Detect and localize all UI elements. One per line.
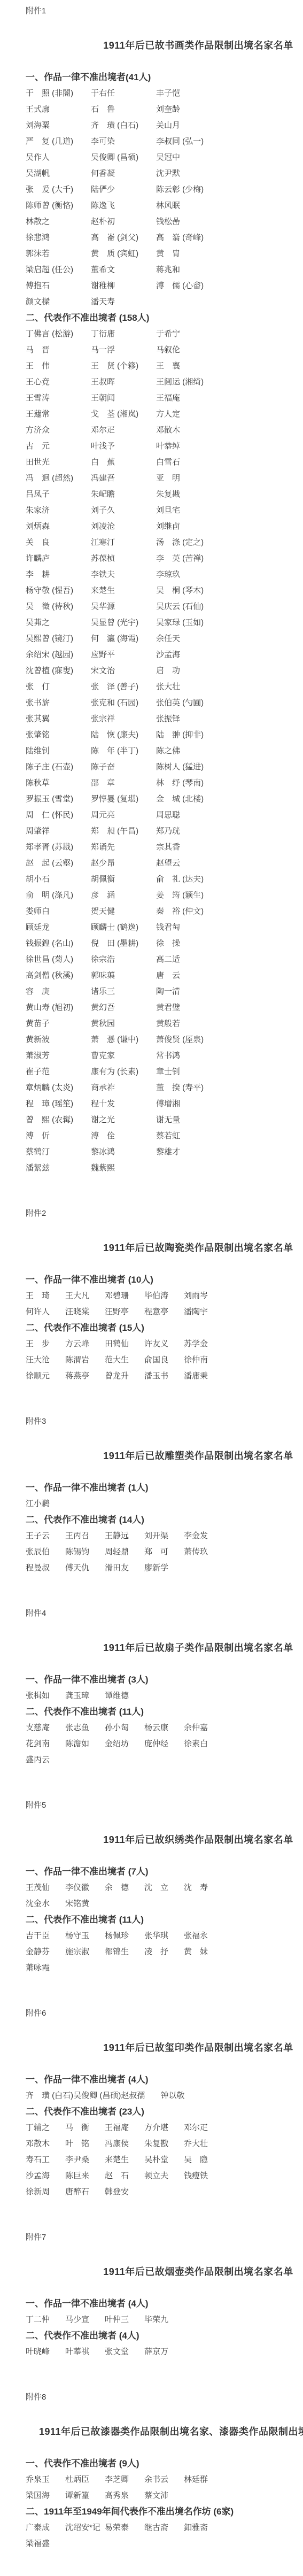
artist-name: 丁佛言 (松游) xyxy=(26,326,91,342)
section-heading: 二、1911年至1949年间代表作不准出境名作坊 (6家) xyxy=(26,2504,303,2520)
artist-name: 薛京万 xyxy=(144,2344,184,2360)
name-row: 崔子范康有为 (长素)章士钊 xyxy=(26,1064,303,1080)
artist-name: 王静远 xyxy=(105,1528,144,1544)
artist-name: 王心竟 xyxy=(26,374,91,390)
artist-name: 张志鱼 xyxy=(65,1720,105,1736)
artist-name: 邓碧珊 xyxy=(105,1288,144,1304)
attachment-label: 附件2 xyxy=(26,1206,303,1222)
attachment-title: 1911年后已故扇子类作品限制出境名家名单 xyxy=(0,1640,303,1656)
artist-name: 易荣泰 xyxy=(105,2520,144,2536)
artist-name: 徐世昌 (菊人) xyxy=(26,952,91,968)
artist-name: 马一浮 xyxy=(91,342,156,358)
artist-name: 关山月 xyxy=(156,118,221,134)
name-row: 叶晓峰叶菶祺张文堂薛京万 xyxy=(26,2344,303,2360)
artist-name: 盛丙云 xyxy=(26,1752,65,1768)
artist-name: 黄君璧 xyxy=(156,1000,221,1016)
artist-name: 潘陶宇 xyxy=(184,1304,223,1320)
artist-name: 杨守玉 xyxy=(65,1928,105,1944)
name-row: 王 伟王 贤 (个簃)王 襄 xyxy=(26,358,303,374)
attachment-label: 附件7 xyxy=(26,2230,303,2246)
artist-name: 王蘧常 xyxy=(26,406,91,422)
artist-name: 溥 佺 xyxy=(91,1128,156,1144)
name-row: 王式廓石 鲁刘奎龄 xyxy=(26,102,303,118)
artist-name: 邓散木 xyxy=(26,2136,65,2152)
attachment-title: 1911年后已故玺印类作品限制出境名家名单 xyxy=(0,2040,303,2056)
name-row: 陆维钊陈 年 (半丁)陈之佛 xyxy=(26,743,303,759)
artist-name: 刘雨岑 xyxy=(184,1288,223,1304)
artist-name: 陆俨少 xyxy=(91,182,156,198)
artist-name: 萧淑芳 xyxy=(26,1048,91,1064)
artist-name: 吴冠中 xyxy=(156,150,221,166)
name-row: 溥 伒溥 佺蔡若虹 xyxy=(26,1128,303,1144)
artist-name: 何香凝 xyxy=(91,166,156,182)
artist-name: 吴庆云 (石仙) xyxy=(156,599,221,615)
name-row: 张肇铭陆 恢 (廉夫)陆 翀 (抑非) xyxy=(26,727,303,743)
name-row: 王心竟王叔晖王闿运 (湘绮) xyxy=(26,374,303,390)
artist-name: 黄苗子 xyxy=(26,1016,91,1032)
artist-name: 许麟庐 xyxy=(26,551,91,567)
artist-name: 张克和 (石园) xyxy=(91,695,156,711)
artist-name: 刘开渠 xyxy=(144,1528,184,1544)
artist-name: 庞仲经 xyxy=(144,1736,184,1752)
artist-name: 潘玉书 xyxy=(144,1368,184,1384)
artist-name: 梁国海 xyxy=(26,2488,65,2504)
attachment-8: 附件81911年后已故漆器类作品限制出境名家、漆器类作品限制出境名作坊名单一、代… xyxy=(0,2389,303,2552)
name-row: 丁佛言 (松游)丁衍庸于希宁 xyxy=(26,326,303,342)
artist-name: 陈 年 (半丁) xyxy=(91,743,156,759)
name-row: 沈曾植 (寐叟)宋文治启 功 xyxy=(26,663,303,679)
section-heading: 二、代表作不准出境者 (11人) xyxy=(26,1912,303,1928)
name-row: 广泰成沈绍安*记易荣泰继古斋釦雅斋 xyxy=(26,2520,303,2536)
artist-name: 齐 璜 (白石) xyxy=(26,2088,73,2104)
artist-name: 朱家济 xyxy=(26,503,91,519)
artist-name: 张福永 xyxy=(184,1928,223,1944)
artist-name: 叶浅予 xyxy=(91,438,156,454)
artist-name: 吴俊卿 (昌硕) xyxy=(91,150,156,166)
artist-name: 赵望云 xyxy=(156,855,221,871)
name-row: 刘炳森刘凌沧刘继卣 xyxy=(26,519,303,535)
artist-name: 王子云 xyxy=(26,1528,65,1544)
name-row: 张 仃张 泽 (善子)张大壮 xyxy=(26,679,303,695)
artist-name: 汪大沧 xyxy=(26,1352,65,1368)
artist-name: 郭味蕖 xyxy=(91,968,156,984)
artist-name: 俞国良 xyxy=(144,1352,184,1368)
artist-name: 宋文治 xyxy=(91,663,156,679)
name-row: 江小鹣 xyxy=(26,1496,303,1512)
artist-name: 陈子奋 xyxy=(91,759,156,775)
artist-name: 沙孟海 xyxy=(156,647,221,663)
artist-name: 丰子恺 xyxy=(156,86,221,102)
name-row: 潘絜兹魏紫熙 xyxy=(26,1160,303,1176)
artist-name: 刘奎龄 xyxy=(156,102,221,118)
name-row: 周 仁 (怀民)周元亮周思聪 xyxy=(26,807,303,823)
artist-name: 程曼叔 xyxy=(26,1560,65,1576)
artist-name: 钱瘦铁 xyxy=(184,2168,223,2184)
artist-name: 周元亮 xyxy=(91,807,156,823)
artist-name: 邵 章 xyxy=(91,775,156,791)
name-row: 钱振鍠 (名山)倪 田 (墨耕)徐 操 xyxy=(26,936,303,952)
artist-name: 傅天仇 xyxy=(65,1560,105,1576)
artist-name: 董 揆 (寿平) xyxy=(156,1080,221,1096)
artist-name: 章炳麟 (太炎) xyxy=(26,1080,91,1096)
artist-name: 溥 伒 xyxy=(26,1128,91,1144)
name-row: 王 步方云峰田鹤仙许友义苏学金 xyxy=(26,1336,303,1352)
artist-name: 陆 恢 (廉夫) xyxy=(91,727,156,743)
artist-name: 江寒汀 xyxy=(91,535,156,551)
artist-name: 方云峰 xyxy=(65,1336,105,1352)
artist-name: 孙小匋 xyxy=(105,1720,144,1736)
artist-name: 王 贤 (个簃) xyxy=(91,358,156,374)
attachment-title: 1911年后已故织绣类作品限制出境名家名单 xyxy=(0,1832,303,1848)
artist-name: 潘庸秉 xyxy=(184,1368,223,1384)
artist-name: 吴朴堂 xyxy=(144,2152,184,2168)
artist-name: 余绍宋 (越园) xyxy=(26,647,91,663)
section-heading: 二、代表作不准出境者 (14人) xyxy=(26,1512,303,1528)
artist-name: 寿石工 xyxy=(26,2152,65,2168)
artist-name: 黄 质 (宾虹) xyxy=(91,246,156,262)
name-row: 李 耕李铁夫李琼玖 xyxy=(26,567,303,583)
artist-name: 花剑南 xyxy=(26,1736,65,1752)
name-row: 黄苗子黄秋园黄般若 xyxy=(26,1016,303,1032)
attachment-2: 附件21911年后已故陶瓷类作品限制出境名家名单一、作品一律不准出境者 (10人… xyxy=(0,1206,303,1384)
artist-name: 林廷群 xyxy=(184,2472,223,2488)
artist-name: 林散之 xyxy=(26,214,91,230)
artist-name: 王福庵 xyxy=(105,2120,144,2136)
artist-name: 吴 徵 (待秋) xyxy=(26,599,91,615)
name-row: 郑孝胥 (苏戡)郑诵先宗其香 xyxy=(26,839,303,855)
artist-name: 汪晓棠 xyxy=(65,1304,105,1320)
artist-name: 吴湖帆 xyxy=(26,166,91,182)
artist-name: 张楫如 xyxy=(26,1688,65,1704)
attachment-7: 附件71911年后已故烟壶类作品限制出境名家名单一、作品一律不准出境者 (4人)… xyxy=(0,2230,303,2360)
artist-name: 王茂仙 xyxy=(26,1880,65,1896)
artist-name: 沈 寿 xyxy=(184,1880,223,1896)
artist-name: 郑 可 xyxy=(144,1544,184,1560)
artist-name: 苏葆桢 xyxy=(91,551,156,567)
artist-name: 何许人 xyxy=(26,1304,65,1320)
artist-name: 王雪涛 xyxy=(26,390,91,406)
attachment-label: 附件5 xyxy=(26,1798,303,1814)
attachment-5: 附件51911年后已故织绣类作品限制出境名家名单一、作品一律不准出境者 (7人)… xyxy=(0,1798,303,1976)
artist-name: 汪野亭 xyxy=(105,1304,144,1320)
artist-name: 古 元 xyxy=(26,438,91,454)
attachment-6: 附件61911年后已故玺印类作品限制出境名家名单一、作品一律不准出境者 (4人)… xyxy=(0,2006,303,2200)
artist-name: 来楚生 xyxy=(91,583,156,599)
artist-name: 应野平 xyxy=(91,647,156,663)
artist-name: 白 蕉 xyxy=(91,454,156,471)
artist-name: 支慈庵 xyxy=(26,1720,65,1736)
artist-name: 吕凤子 xyxy=(26,487,91,503)
artist-name: 刘海粟 xyxy=(26,118,91,134)
name-row: 支慈庵张志鱼孙小匋杨云康余仲嘉 xyxy=(26,1720,303,1736)
name-row: 赵 起 (云壑)赵少昂赵望云 xyxy=(26,855,303,871)
name-row: 乔泉玉杜炳臣李芝卿余书云林廷群 xyxy=(26,2472,303,2488)
artist-name: 张辰伯 xyxy=(26,1544,65,1560)
artist-name: 丁衍庸 xyxy=(91,326,156,342)
artist-name: 吉干臣 xyxy=(26,1928,65,1944)
name-row: 丁辅之马 衡王福庵方介堪邓尔疋 xyxy=(26,2120,303,2136)
artist-name: 赵朴初 xyxy=(91,214,156,230)
artist-name: 戈 荃 (湘岚) xyxy=(91,406,156,422)
name-row: 邓散木叶 铭冯康侯朱复戡乔大壮 xyxy=(26,2136,303,2152)
artist-name: 叶仲三 xyxy=(105,2312,144,2328)
name-row: 张楫如龚玉璋谭维德 xyxy=(26,1688,303,1704)
artist-name: 程十发 xyxy=(91,1096,156,1112)
artist-name: 余任天 xyxy=(156,631,221,647)
name-row: 吴湖帆何香凝沈尹默 xyxy=(26,166,303,182)
artist-name: 田世光 xyxy=(26,454,91,471)
name-row: 丁二仲马少宣叶仲三毕荣九 xyxy=(26,2312,303,2328)
attachment-title: 1911年后已故陶瓷类作品限制出境名家名单 xyxy=(0,1240,303,1256)
artist-name: 郑乃珖 xyxy=(156,823,221,839)
artist-name: 曹克家 xyxy=(91,1048,156,1064)
name-row: 徐悲鸿高 崙 (剑父)高 嵡 (奇峰) xyxy=(26,230,303,246)
name-row: 严 复 (几道)李可染李叔同 (弘一) xyxy=(26,134,303,150)
document-page: 附件11911年后已故书画类作品限制出境名家名单一、作品一律不准出境者(41人)… xyxy=(0,0,303,2576)
name-row: 许麟庐苏葆桢李 英 (苦禅) xyxy=(26,551,303,567)
name-row: 林散之赵朴初钱松嵒 xyxy=(26,214,303,230)
artist-name: 唐 云 xyxy=(156,968,221,984)
artist-name: 李仪徽 xyxy=(65,1880,105,1896)
artist-name: 容 庚 xyxy=(26,984,91,1000)
artist-name: 沙孟海 xyxy=(26,2168,65,2184)
artist-name: 蔡鹤汀 xyxy=(26,1144,91,1160)
name-row: 马 晋马一浮马叙伦 xyxy=(26,342,303,358)
artist-name: 高二适 xyxy=(156,952,221,968)
artist-name: 俞 明 (涤凡) xyxy=(26,888,91,904)
artist-name: 于 照 (非闇) xyxy=(26,86,91,102)
name-row: 黄山寿 (旭初)黄幻吾黄君璧 xyxy=(26,1000,303,1016)
name-row: 王蘧常戈 荃 (湘岚)方人定 xyxy=(26,406,303,422)
artist-name: 方介堪 xyxy=(144,2120,184,2136)
artist-name: 金 城 (北楼) xyxy=(156,791,221,807)
artist-name: 钟以敬 xyxy=(160,2088,200,2104)
artist-name: 顿立夫 xyxy=(144,2168,184,2184)
section-heading: 一、代表作不准出境者 (9人) xyxy=(26,2456,303,2472)
artist-name: 邓尔疋 xyxy=(91,422,156,438)
artist-name: 吴华源 xyxy=(91,599,156,615)
artist-name: 俞 礼 (达夫) xyxy=(156,871,221,888)
artist-name: 张 爰 (大千) xyxy=(26,182,91,198)
name-row: 花剑南陈澹如金绍坊庞仲经徐素白 xyxy=(26,1736,303,1752)
artist-name: 李叔同 (弘一) xyxy=(156,134,221,150)
artist-name: 周肇祥 xyxy=(26,823,91,839)
attachment-1: 附件11911年后已故书画类作品限制出境名家名单一、作品一律不准出境者(41人)… xyxy=(0,3,303,1176)
artist-name: 陈逸飞 xyxy=(91,198,156,214)
artist-name: 诸乐三 xyxy=(91,984,156,1000)
artist-name: 程意亭 xyxy=(144,1304,184,1320)
name-row: 吴作人吴俊卿 (昌硕)吴冠中 xyxy=(26,150,303,166)
artist-name: 曾龙升 xyxy=(105,1368,144,1384)
name-row: 王子云王丙召王静远刘开渠李金发 xyxy=(26,1528,303,1544)
artist-name: 许友义 xyxy=(144,1336,184,1352)
artist-name: 王 步 xyxy=(26,1336,65,1352)
artist-name: 张振铎 xyxy=(156,711,221,727)
artist-name: 吴作人 xyxy=(26,150,91,166)
artist-name: 周思聪 xyxy=(156,807,221,823)
artist-name: 胡佩衡 xyxy=(91,871,156,888)
artist-name: 郑孝胥 (苏戡) xyxy=(26,839,91,855)
name-row: 梁启超 (任公)董希文蒋兆和 xyxy=(26,262,303,278)
name-row: 王 琦王大凡邓碧珊毕伯涛刘雨岑 xyxy=(26,1288,303,1304)
artist-name: 黄幻吾 xyxy=(91,1000,156,1016)
artist-name: 余 德 xyxy=(105,1880,144,1896)
artist-name: 石 鲁 xyxy=(91,102,156,118)
artist-name: 张书旂 xyxy=(26,695,91,711)
name-row: 方济众邓尔疋邓散木 xyxy=(26,422,303,438)
artist-name: 冯 迥 (超然) xyxy=(26,471,91,487)
name-row: 陈秋草邵 章林 纾 (琴南) xyxy=(26,775,303,791)
name-row: 吴熙曾 (镜汀)何 瀛 (海霞)余任天 xyxy=(26,631,303,647)
artist-name: 陆维钊 xyxy=(26,743,91,759)
artist-name: 亚 明 xyxy=(156,471,221,487)
artist-name: 秦 裕 (仲文) xyxy=(156,904,221,920)
artist-name: 董希文 xyxy=(91,262,156,278)
name-row: 盛丙云 xyxy=(26,1752,303,1768)
artist-name: 郑诵先 xyxy=(91,839,156,855)
section-heading: 二、代表作不准出境者 (23人) xyxy=(26,2104,303,2120)
artist-name: 何 瀛 (海霞) xyxy=(91,631,156,647)
artist-name: 吴茀之 xyxy=(26,615,91,631)
attachment-title: 1911年后已故雕塑类作品限制出境名家名单 xyxy=(0,1448,303,1464)
artist-name: 吴显曾 (光宇) xyxy=(91,615,156,631)
artist-name: 高 崙 (剑父) xyxy=(91,230,156,246)
name-row: 古 元叶浅予叶恭绰 xyxy=(26,438,303,454)
artist-name: 韩登安 xyxy=(105,2184,144,2200)
artist-name: 范大生 xyxy=(105,1352,144,1368)
artist-name: 廖新学 xyxy=(144,1560,184,1576)
artist-name: 蔡若虹 xyxy=(156,1128,221,1144)
name-row: 蔡鹤汀黎冰鸿黎雄才 xyxy=(26,1144,303,1160)
artist-name: 萧咏霞 xyxy=(26,1960,65,1976)
name-row: 沈金水宋铭黄 xyxy=(26,1896,303,1912)
artist-name: 沈 立 xyxy=(144,1880,184,1896)
attachment-label: 附件3 xyxy=(26,1414,303,1430)
name-row: 齐 璜 (白石)吴俊卿 (昌硕)赵叔孺钟以敬 xyxy=(26,2088,303,2104)
artist-name: 丁辅之 xyxy=(26,2120,65,2136)
artist-name: 杨守敬 (惺吾) xyxy=(26,583,91,599)
artist-name: 崔子范 xyxy=(26,1064,91,1080)
artist-name: 赵少昂 xyxy=(91,855,156,871)
name-row: 胡小石胡佩衡俞 礼 (达夫) xyxy=(26,871,303,888)
artist-name: 陈秋草 xyxy=(26,775,91,791)
name-row: 徐世昌 (菊人)徐宗浩高二适 xyxy=(26,952,303,968)
artist-name: 黄般若 xyxy=(156,1016,221,1032)
name-row: 顾廷龙顾麟士 (鹤逸)钱君匋 xyxy=(26,920,303,936)
artist-name: 梁福盛 xyxy=(26,2536,65,2552)
artist-name: 李芝卿 xyxy=(105,2472,144,2488)
name-row: 吉干臣杨守玉杨佩珍张华琪张福永 xyxy=(26,1928,303,1944)
artist-name: 谭维德 xyxy=(105,1688,144,1704)
name-row: 于 照 (非闇)于右任丰子恺 xyxy=(26,86,303,102)
artist-name: 周轻鼎 xyxy=(105,1544,144,1560)
attachment-title: 1911年后已故漆器类作品限制出境名家、漆器类作品限制出境名作坊名单 xyxy=(0,2424,303,2440)
artist-name: 王闿运 (湘绮) xyxy=(156,374,221,390)
attachment-label: 附件4 xyxy=(26,1606,303,1622)
name-row: 余绍宋 (越园)应野平沙孟海 xyxy=(26,647,303,663)
artist-name: 陈之佛 xyxy=(156,743,221,759)
artist-name: 李 英 (苦禅) xyxy=(156,551,221,567)
artist-name: 沈曾植 (寐叟) xyxy=(26,663,91,679)
artist-name: 李可染 xyxy=(91,134,156,150)
artist-name: 宗其香 xyxy=(156,839,221,855)
artist-name: 宋铭黄 xyxy=(65,1896,105,1912)
name-row: 黄新波萧 愻 (谦中)萧俊贤 (厔泉) xyxy=(26,1032,303,1048)
artist-name: 马少宣 xyxy=(65,2312,105,2328)
artist-name: 马 晋 xyxy=(26,342,91,358)
artist-name: 陆 翀 (抑非) xyxy=(156,727,221,743)
artist-name: 田鹤仙 xyxy=(105,1336,144,1352)
name-row: 高剑僧 (秋溪)郭味蕖唐 云 xyxy=(26,968,303,984)
name-row: 陈师曾 (衡恪)陈逸飞林风眠 xyxy=(26,198,303,214)
name-row: 梁福盛 xyxy=(26,2536,303,2552)
artist-name: 章士钊 xyxy=(156,1064,221,1080)
artist-name: 王福庵 xyxy=(156,390,221,406)
artist-name: 康有为 (长素) xyxy=(91,1064,156,1080)
artist-name: 黄 妹 xyxy=(184,1944,223,1960)
artist-name: 刘子久 xyxy=(91,503,156,519)
artist-name: 曾 熙 (农髯) xyxy=(26,1112,91,1128)
artist-name: 余仲嘉 xyxy=(184,1720,223,1736)
artist-name: 杜炳臣 xyxy=(65,2472,105,2488)
artist-name: 钱振鍠 (名山) xyxy=(26,936,91,952)
artist-name: 朱屺瞻 xyxy=(91,487,156,503)
artist-name: 李 耕 xyxy=(26,567,91,583)
artist-name: 钱松嵒 xyxy=(156,214,221,230)
artist-name: 李铁夫 xyxy=(91,567,156,583)
artist-name: 黄山寿 (旭初) xyxy=(26,1000,91,1016)
name-row: 曾 熙 (农髯)谢之光谢无量 xyxy=(26,1112,303,1128)
artist-name: 陈锡钧 xyxy=(65,1544,105,1560)
name-row: 张书旂张克和 (石园)张伯英 (勺圃) xyxy=(26,695,303,711)
name-row: 周肇祥郑 昶 (午昌)郑乃珖 xyxy=(26,823,303,839)
artist-name: 广泰成 xyxy=(26,2520,65,2536)
artist-name: 潘天寿 xyxy=(91,294,156,310)
artist-name: 谭新篁 xyxy=(65,2488,105,2504)
artist-name: 蒋兆和 xyxy=(156,262,221,278)
artist-name: 王 琦 xyxy=(26,1288,65,1304)
artist-name: 王大凡 xyxy=(65,1288,105,1304)
artist-name: 程 璋 (瑶笙) xyxy=(26,1096,91,1112)
artist-name: 潘絜兹 xyxy=(26,1160,91,1176)
artist-name: 徐 操 xyxy=(156,936,221,952)
artist-name: 陈树人 (猛进) xyxy=(156,759,221,775)
section-heading: 一、作品一律不准出境者 (4人) xyxy=(26,2296,303,2312)
artist-name: 王 襄 xyxy=(156,358,221,374)
artist-name: 马叙伦 xyxy=(156,342,221,358)
section-heading: 一、作品一律不准出境者 (3人) xyxy=(26,1672,303,1688)
artist-name: 吴 隐 xyxy=(184,2152,223,2168)
artist-name: 丁二仲 xyxy=(26,2312,65,2328)
artist-name: 林风眠 xyxy=(156,198,221,214)
artist-name: 叶恭绰 xyxy=(156,438,221,454)
artist-name: 朱复戡 xyxy=(144,2136,184,2152)
name-row: 王茂仙李仪徽余 德沈 立沈 寿 xyxy=(26,1880,303,1896)
artist-name: 王叔晖 xyxy=(91,374,156,390)
artist-name: 陈云彰 (少梅) xyxy=(156,182,221,198)
artist-name: 徐顺元 xyxy=(26,1368,65,1384)
name-row: 罗振玉 (雪堂)罗惇㬊 (复堪)金 城 (北楼) xyxy=(26,791,303,807)
artist-name: 蔡文沛 xyxy=(144,2488,184,2504)
section-heading: 二、代表作不准出境者 (158人) xyxy=(26,310,303,326)
name-row: 容 庚诸乐三陶一清 xyxy=(26,984,303,1000)
artist-name: 姜 筠 (颖生) xyxy=(156,888,221,904)
name-row: 金静芬施宗淑都锦生凌 抒黄 妹 xyxy=(26,1944,303,1960)
name-row: 何许人汪晓棠汪野亭程意亭潘陶宇 xyxy=(26,1304,303,1320)
artist-name: 张华琪 xyxy=(144,1928,184,1944)
artist-name: 胡小石 xyxy=(26,871,91,888)
name-row: 王雪涛王朝闻王福庵 xyxy=(26,390,303,406)
